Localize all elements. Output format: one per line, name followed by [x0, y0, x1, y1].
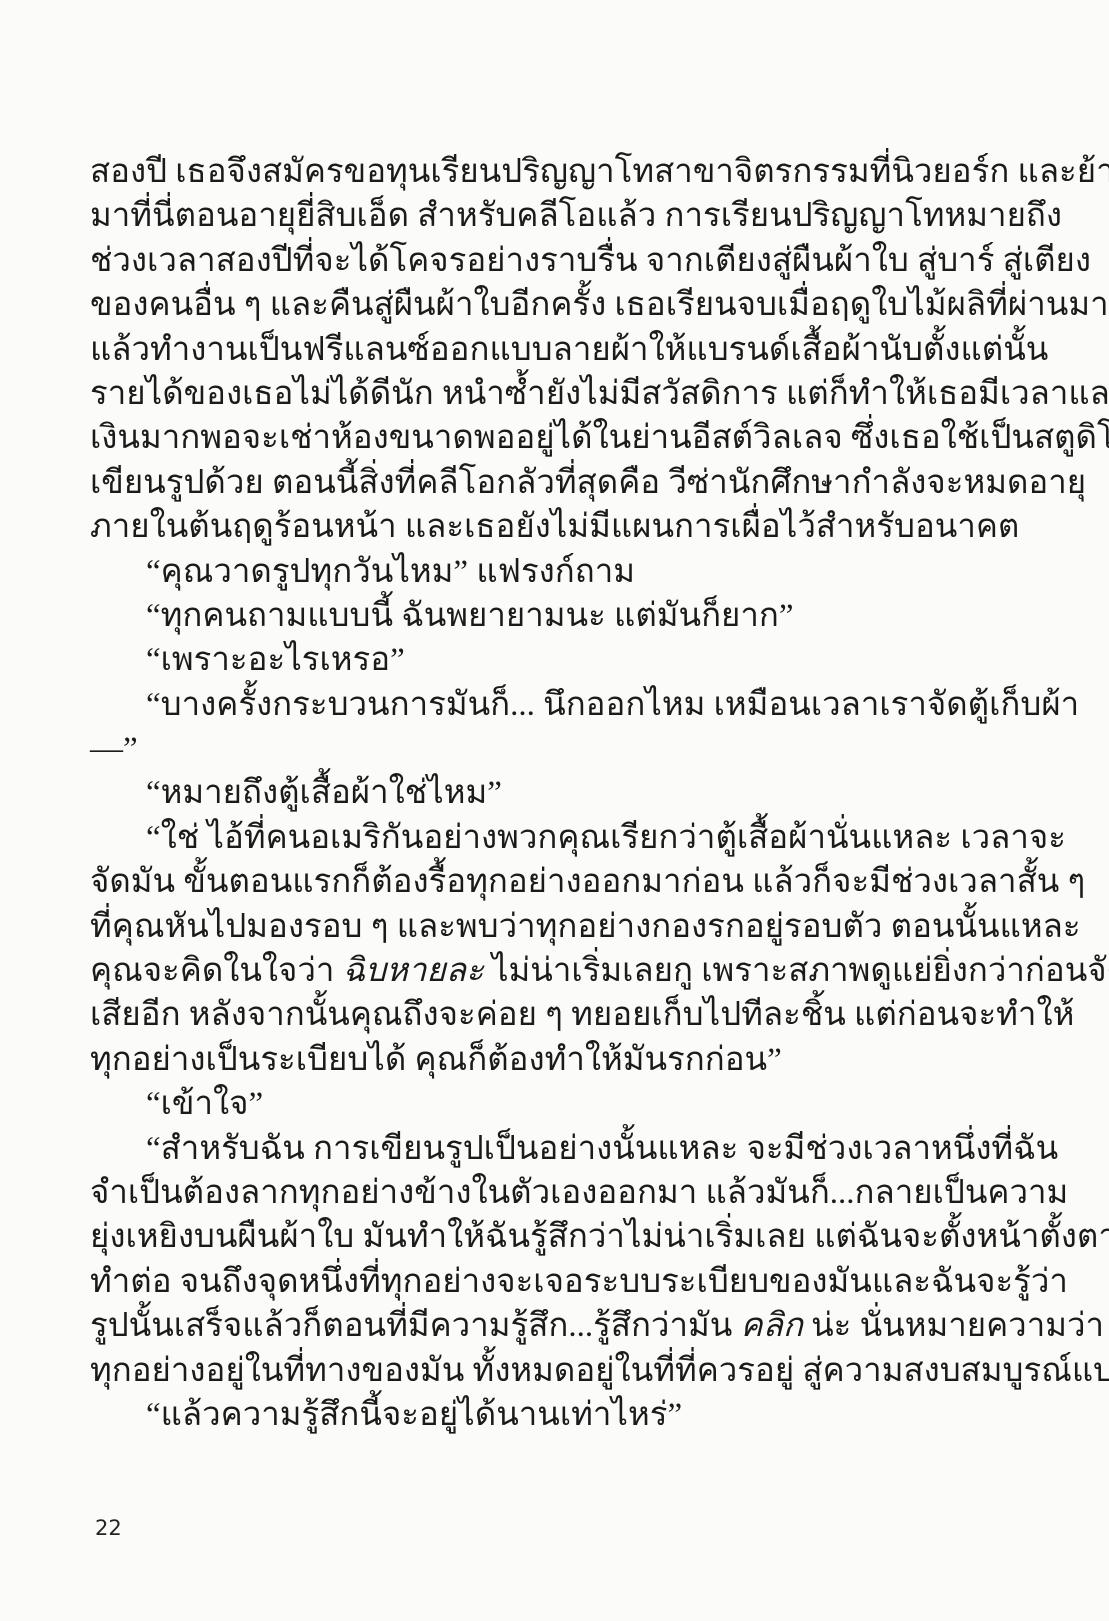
text-line: ทุกอย่างเป็นระเบียบได้ คุณก็ต้องทำให้มัน… — [90, 1038, 890, 1082]
dialogue-line: “สำหรับฉัน การเขียนรูปเป็นอย่างนั้นแหละ … — [90, 1127, 890, 1171]
text-line: ทำต่อ จนถึงจุดหนึ่งที่ทุกอย่างจะเจอระบบร… — [90, 1260, 890, 1304]
text-line: จำเป็นต้องลากทุกอย่างข้างในตัวเองออกมา แ… — [90, 1171, 890, 1215]
dialogue-line: “เพราะอะไรเหรอ” — [90, 638, 890, 682]
text-line: จัดมัน ขั้นตอนแรกก็ต้องรื้อทุกอย่างออกมา… — [90, 860, 890, 904]
text-segment: คุณจะคิดในใจว่า — [90, 953, 343, 989]
text-line: ภายในต้นฤดูร้อนหน้า และเธอยังไม่มีแผนการ… — [90, 505, 890, 549]
dash-line: —” — [90, 727, 890, 771]
dialogue-line: “ใช่ ไอ้ที่คนอเมริกันอย่างพวกคุณเรียกว่า… — [90, 816, 890, 860]
dialogue-line: “คุณวาดรูปทุกวันไหม” แฟรงก์ถาม — [90, 550, 890, 594]
dialogue-line: “บางครั้งกระบวนการมันก็... นึกออกไหม เหม… — [90, 683, 890, 727]
text-segment: น่ะ นั่นหมายความว่า — [803, 1308, 1104, 1344]
book-page: สองปี เธอจึงสมัครขอทุนเรียนปริญญาโทสาขาจ… — [0, 0, 1109, 1621]
page-number: 22 — [95, 1516, 122, 1540]
body-text: สองปี เธอจึงสมัครขอทุนเรียนปริญญาโทสาขาจ… — [90, 150, 890, 1437]
text-line: เสียอีก หลังจากนั้นคุณถึงจะค่อย ๆ ทยอยเก… — [90, 993, 890, 1037]
dialogue-line: “แล้วความรู้สึกนี้จะอยู่ได้นานเท่าไหร่” — [90, 1393, 890, 1437]
text-line: สองปี เธอจึงสมัครขอทุนเรียนปริญญาโทสาขาจ… — [90, 150, 890, 194]
text-line: ของคนอื่น ๆ และคืนสู่ผืนผ้าใบอีกครั้ง เธ… — [90, 283, 890, 327]
dialogue-line: “ทุกคนถามแบบนี้ ฉันพยายามนะ แต่มันก็ยาก” — [90, 594, 890, 638]
text-line: มาที่นี่ตอนอายุยี่สิบเอ็ด สำหรับคลีโอแล้… — [90, 194, 890, 238]
text-line: ที่คุณหันไปมองรอบ ๆ และพบว่าทุกอย่างกองร… — [90, 905, 890, 949]
emphasized-text: คลิก — [741, 1308, 803, 1344]
dialogue-line: “เข้าใจ” — [90, 1082, 890, 1126]
text-segment: ไม่น่าเริ่มเลยกู เพราะสภาพดูแย่ยิ่งกว่าก… — [484, 953, 1109, 989]
text-line: เงินมากพอจะเช่าห้องขนาดพออยู่ได้ในย่านอี… — [90, 416, 890, 460]
text-line: รูปนั้นเสร็จแล้วก็ตอนที่มีความรู้สึก...ร… — [90, 1304, 890, 1348]
text-line: เขียนรูปด้วย ตอนนี้สิ่งที่คลีโอกลัวที่สุ… — [90, 461, 890, 505]
emphasized-text: ฉิบหายละ — [343, 953, 484, 989]
dialogue-line: “หมายถึงตู้เสื้อผ้าใช่ไหม” — [90, 771, 890, 815]
text-line: แล้วทำงานเป็นฟรีแลนซ์ออกแบบลายผ้าให้แบรน… — [90, 328, 890, 372]
text-line: คุณจะคิดในใจว่า ฉิบหายละ ไม่น่าเริ่มเลยก… — [90, 949, 890, 993]
text-line: ช่วงเวลาสองปีที่จะได้โคจรอย่างราบรื่น จา… — [90, 239, 890, 283]
text-segment: รูปนั้นเสร็จแล้วก็ตอนที่มีความรู้สึก...ร… — [90, 1308, 741, 1344]
text-line: ทุกอย่างอยู่ในที่ทางของมัน ทั้งหมดอยู่ใน… — [90, 1349, 890, 1393]
text-line: ยุ่งเหยิงบนผืนผ้าใบ มันทำให้ฉันรู้สึกว่า… — [90, 1215, 890, 1259]
text-line: รายได้ของเธอไม่ได้ดีนัก หนำซ้ำยังไม่มีสว… — [90, 372, 890, 416]
